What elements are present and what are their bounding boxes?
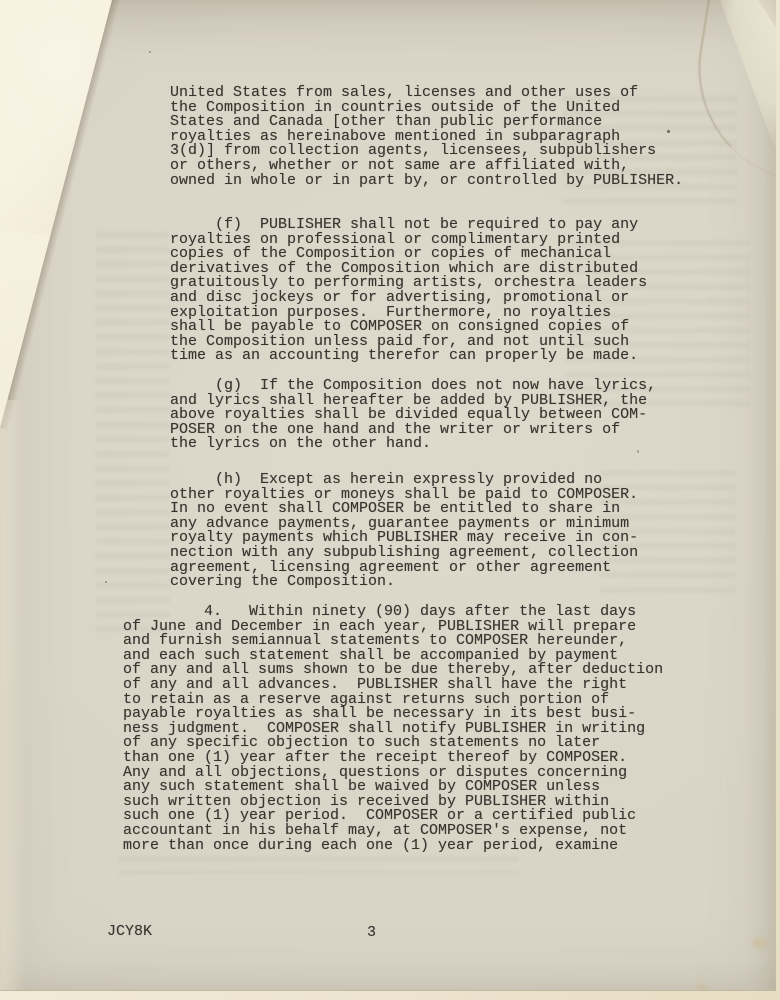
paragraph-clause-g: (g) If the Composition does not now have… <box>170 379 656 452</box>
paragraph-clause-4: 4. Within ninety (90) days after the las… <box>123 605 663 853</box>
scan-backdrop: United States from sales, licenses and o… <box>0 0 780 1000</box>
typewritten-body: United States from sales, licenses and o… <box>0 0 780 1000</box>
bottom-sheet-edge <box>0 990 780 1000</box>
document-page: United States from sales, licenses and o… <box>0 0 780 1000</box>
paragraph-continuation: United States from sales, licenses and o… <box>170 86 683 188</box>
footer-typist-code: JCY8K <box>107 923 152 940</box>
page-number: 3 <box>367 924 376 941</box>
paragraph-clause-f: (f) PUBLISHER shall not be required to p… <box>170 218 647 364</box>
paragraph-clause-h: (h) Except as herein expressly provided … <box>170 473 638 590</box>
